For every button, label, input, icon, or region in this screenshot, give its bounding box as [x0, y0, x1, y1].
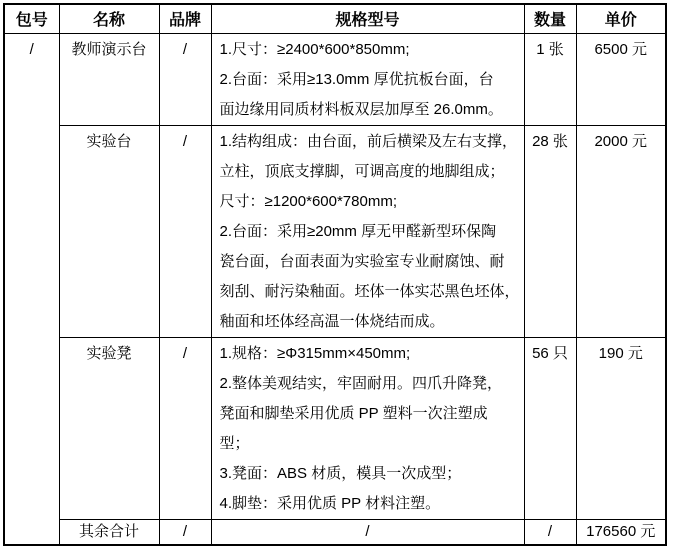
- spec-line: 面边缘用同质材料板双层加厚至 26.0mm。: [220, 95, 520, 125]
- spec-line: 3.凳面：ABS 材质，模具一次成型；: [220, 459, 520, 489]
- header-cell-spec-model: 规格型号: [211, 4, 524, 33]
- quantity-cell: /: [524, 519, 576, 545]
- item-name-cell: 实验凳: [59, 337, 159, 519]
- table-row-total: 其余合计 / / / 176560 元: [4, 519, 666, 545]
- header-cell-name: 名称: [59, 4, 159, 33]
- item-name-cell: 实验台: [59, 125, 159, 337]
- unit-price-cell: 176560 元: [576, 519, 666, 545]
- spec-line: 2.整体美观结实，牢固耐用。四爪升降凳，: [220, 369, 520, 399]
- package-no-cell: /: [4, 33, 59, 545]
- quantity-cell: 28 张: [524, 125, 576, 337]
- unit-price-cell: 190 元: [576, 337, 666, 519]
- spec-line: 刻刮、耐污染釉面。坯体一体实芯黑色坯体，: [220, 277, 520, 307]
- spec-cell: 1.规格：≥Φ315mm×450mm; 2.整体美观结实，牢固耐用。四爪升降凳，…: [211, 337, 524, 519]
- spec-line: 1.尺寸：≥2400*600*850mm;: [220, 35, 520, 65]
- spec-line: 2.台面：采用≥13.0mm 厚优抗板台面，台: [220, 65, 520, 95]
- item-name-cell: 其余合计: [59, 519, 159, 545]
- item-name-cell: 教师演示台: [59, 33, 159, 125]
- brand-cell: /: [159, 33, 211, 125]
- table-row: 实验凳 / 1.规格：≥Φ315mm×450mm; 2.整体美观结实，牢固耐用。…: [4, 337, 666, 519]
- spec-cell: 1.尺寸：≥2400*600*850mm; 2.台面：采用≥13.0mm 厚优抗…: [211, 33, 524, 125]
- header-row: 包号 名称 品牌 规格型号 数量 单价: [4, 4, 666, 33]
- spec-line: 凳面和脚垫采用优质 PP 塑料一次注塑成: [220, 399, 520, 429]
- spec-line: 4.脚垫：采用优质 PP 材料注塑。: [220, 489, 520, 519]
- spec-line: 型；: [220, 429, 520, 459]
- brand-cell: /: [159, 519, 211, 545]
- unit-price-cell: 6500 元: [576, 33, 666, 125]
- spec-line: 1.规格：≥Φ315mm×450mm;: [220, 339, 520, 369]
- spec-line: 立柱，顶底支撑脚，可调高度的地脚组成；: [220, 157, 520, 187]
- unit-price-cell: 2000 元: [576, 125, 666, 337]
- quantity-cell: 56 只: [524, 337, 576, 519]
- quantity-cell: 1 张: [524, 33, 576, 125]
- spec-cell: /: [211, 519, 524, 545]
- header-cell-quantity: 数量: [524, 4, 576, 33]
- table-row: / 教师演示台 / 1.尺寸：≥2400*600*850mm; 2.台面：采用≥…: [4, 33, 666, 125]
- brand-cell: /: [159, 125, 211, 337]
- table-row: 实验台 / 1.结构组成：由台面，前后横梁及左右支撑， 立柱，顶底支撑脚，可调高…: [4, 125, 666, 337]
- spec-line: 2.台面：采用≥20mm 厚无甲醛新型环保陶: [220, 217, 520, 247]
- header-cell-unit-price: 单价: [576, 4, 666, 33]
- header-cell-brand: 品牌: [159, 4, 211, 33]
- spec-line: 瓷台面，台面表面为实验室专业耐腐蚀、耐: [220, 247, 520, 277]
- header-cell-package-no: 包号: [4, 4, 59, 33]
- spec-line: 1.结构组成：由台面，前后横梁及左右支撑，: [220, 127, 520, 157]
- spec-line: 釉面和坯体经高温一体烧结而成。: [220, 307, 520, 337]
- brand-cell: /: [159, 337, 211, 519]
- spec-table: 包号 名称 品牌 规格型号 数量 单价 / 教师演示台 / 1.尺寸：≥2400…: [3, 3, 667, 546]
- spec-line: 尺寸：≥1200*600*780mm;: [220, 187, 520, 217]
- spec-cell: 1.结构组成：由台面，前后横梁及左右支撑， 立柱，顶底支撑脚，可调高度的地脚组成…: [211, 125, 524, 337]
